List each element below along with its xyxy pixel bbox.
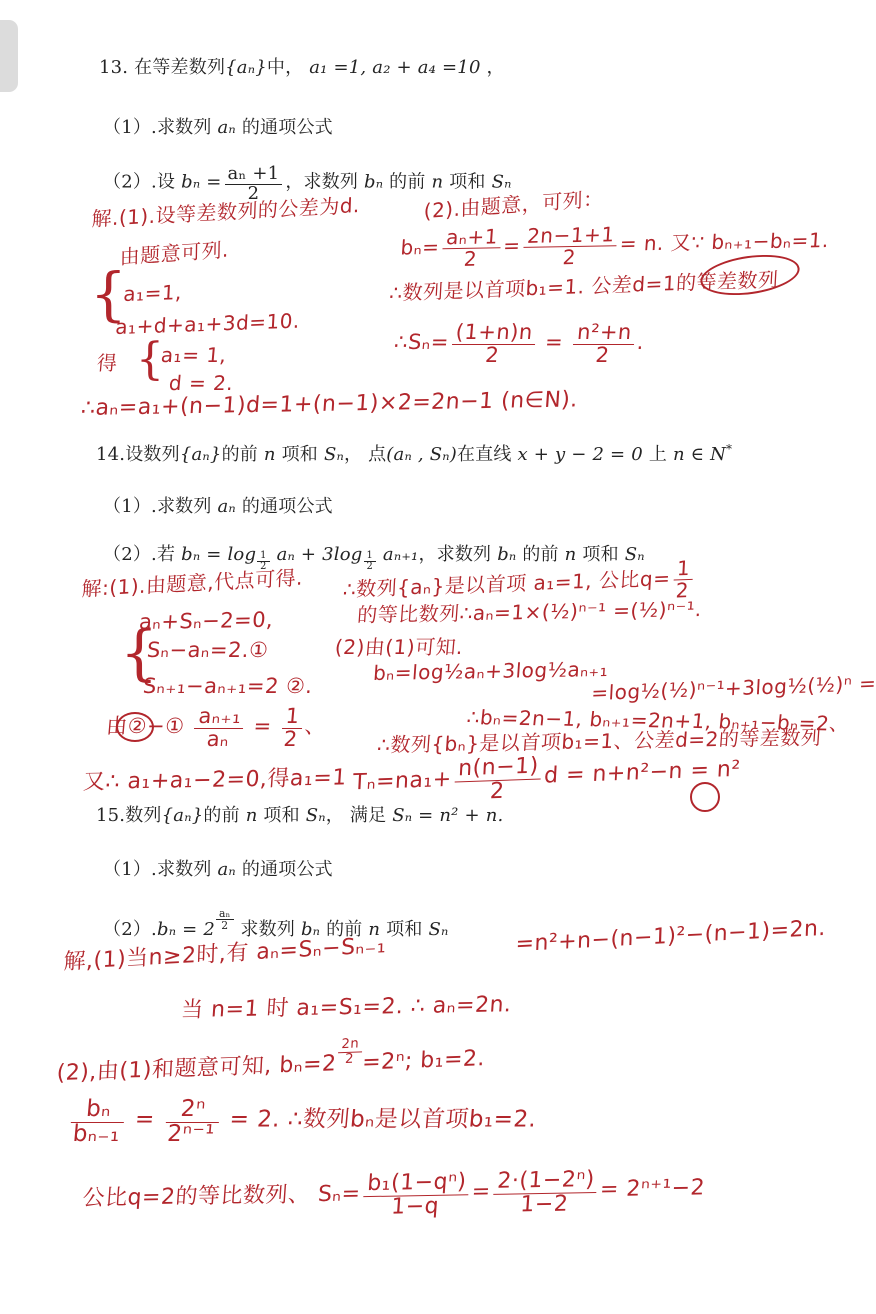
printed-text-line: 13. 在等差数列{aₙ}中， a₁ =1, a₂ + a₄ =10 ，: [99, 58, 505, 79]
numerator: 1: [673, 558, 693, 580]
denominator: 2ⁿ⁻¹: [163, 1122, 218, 1147]
text-run: （2）.若: [103, 544, 181, 565]
text-run: ， 点: [344, 444, 386, 465]
handwritten-annotation: a₁=1,: [123, 281, 183, 306]
fraction: aₙ2: [216, 908, 234, 931]
math-text: bₙ: [497, 544, 516, 565]
handwritten-annotation: =n²+n−(n−1)²−(n−1)=2n.: [515, 916, 826, 958]
denominator: 2: [441, 247, 500, 270]
fraction: n(n−1)2: [453, 755, 542, 805]
text-run: aₙ+Sₙ−2=0,: [138, 608, 274, 634]
text-run: ∴aₙ=a₁+(n−1)d=1+(n−1)×2=2n−1 (n∈N).: [80, 387, 578, 421]
text-run: 公比q=2的等比数列、 Sₙ=: [82, 1181, 362, 1211]
handwritten-annotation: (2),由(1)和题意可知, bₙ=22n2=2ⁿ; b₁=2.: [56, 1033, 486, 1086]
text-run: Sₙ−aₙ=2.①: [146, 638, 270, 662]
handwritten-annotation: Tₙ=na₁+n(n−1)2d = n+n²−n = n²: [352, 748, 742, 808]
math-text: n: [246, 805, 258, 826]
text-run: =: [471, 1179, 492, 1204]
handwritten-annotation: a₁= 1,: [160, 344, 227, 367]
math-text: {aₙ}: [225, 57, 267, 78]
math-text: aₙ₊₁: [377, 544, 418, 565]
text-run: 13. 在等差数列: [99, 57, 225, 78]
denominator: 2: [453, 778, 541, 805]
fraction: aₙ+12: [441, 226, 502, 270]
math-text: {aₙ}: [162, 805, 204, 826]
denominator: 2: [216, 919, 234, 931]
math-text: n ∈ N: [673, 444, 726, 465]
math-text: aₙ + 3log: [271, 544, 363, 565]
fraction: 2n−1+12: [522, 224, 618, 268]
math-text: Sₙ: [428, 919, 448, 940]
math-text: aₙ: [218, 117, 236, 138]
text-run: a₁=1,: [123, 280, 183, 306]
math-text: aₙ: [218, 496, 236, 517]
scan-corner-mark: [0, 20, 18, 92]
denominator: 2: [522, 245, 617, 268]
text-run: 的前: [222, 444, 264, 465]
text-run: =: [537, 330, 572, 354]
math-text: x + y − 2 = 0: [518, 444, 643, 465]
handwritten-annotation: aₙ+Sₙ−2=0,: [138, 608, 274, 635]
fraction: aₙ₊₁aₙ: [193, 706, 246, 751]
text-run: 项和: [276, 444, 324, 465]
handwritten-annotation: bₙ=log½aₙ+3log½aₙ₊₁: [372, 658, 609, 685]
text-run: a₁= 1,: [160, 343, 228, 367]
handwritten-annotation: ∴Sₙ=(1+n)n2 = n²+n2.: [392, 322, 646, 367]
scanned-worksheet: 13. 在等差数列{aₙ}中， a₁ =1, a₂ + a₄ =10 ，（1）.…: [0, 0, 876, 1314]
printed-text-line: （2）.bₙ = 2aₙ2 求数列 bₙ 的前 n 项和 Sₙ: [103, 908, 449, 941]
text-run: = 2. ∴数列bₙ是以首项b₁=2.: [221, 1107, 538, 1133]
text-run: 项和: [258, 805, 306, 826]
text-run: （1）.求数列: [103, 117, 218, 138]
denominator: bₙ₋₁: [69, 1122, 124, 1147]
math-text: bₙ = log: [181, 544, 256, 565]
handwritten-annotation: (2)由(1)可知.: [334, 636, 464, 659]
handwritten-annotation: d = 2.: [168, 372, 234, 395]
numerator: b₁(1−qⁿ): [363, 1171, 470, 1196]
text-run: d = 2.: [168, 371, 234, 395]
math-text: bₙ =: [181, 172, 221, 193]
printed-text-line: （1）.求数列 aₙ 的通项公式: [103, 118, 333, 139]
text-run: 的通项公式: [236, 859, 333, 880]
text-run: ∴Sₙ=: [393, 330, 450, 354]
numerator: aₙ +1: [225, 165, 283, 184]
printed-text-line: （1）.求数列 aₙ 的通项公式: [103, 860, 333, 881]
text-run: =: [245, 714, 280, 738]
denominator: 2: [280, 728, 302, 751]
numerator: n²+n: [573, 322, 636, 344]
text-run: （2）.: [103, 919, 157, 940]
numerator: 1: [364, 551, 376, 561]
fraction: 12: [280, 706, 304, 751]
text-run: 中，: [267, 57, 309, 78]
text-run: .: [636, 330, 645, 354]
text-run: 当 n=1 时 a₁=S₁=2. ∴ aₙ=2n.: [180, 992, 512, 1023]
numerator: 1: [282, 706, 304, 728]
handwritten-brace: {: [90, 268, 127, 320]
handwritten-annotation: 由题意可列.: [120, 238, 229, 269]
text-run: 、: [304, 714, 328, 738]
denominator: aₙ: [193, 728, 244, 751]
text-run: 上: [643, 444, 673, 465]
math-text: aₙ: [218, 859, 236, 880]
text-run: 的等比数列∴aₙ=1×(½)ⁿ⁻¹ =(½)ⁿ⁻¹.: [356, 597, 702, 627]
fraction: 2ⁿ2ⁿ⁻¹: [163, 1098, 220, 1147]
math-text: a₁ =1, a₂ + a₄ =10: [309, 57, 480, 78]
handwritten-annotation: ∴aₙ=a₁+(n−1)d=1+(n−1)×2=2n−1 (n∈N).: [80, 387, 578, 421]
denominator: 2: [571, 344, 634, 367]
text-run: ，求数列: [285, 172, 364, 193]
text-run: Tₙ=na₁+: [352, 767, 452, 796]
denominator: 1−q: [362, 1194, 469, 1220]
text-run: bₙ=log½aₙ+3log½aₙ₊₁: [372, 657, 609, 685]
text-run: 的前: [383, 172, 431, 193]
text-run: (2)由(1)可知.: [334, 635, 464, 659]
text-run: 又∴ a₁+a₁−2=0,得a₁=1: [82, 765, 347, 795]
text-run: 项和: [443, 172, 491, 193]
printed-text-line: 14.设数列{aₙ}的前 n 项和 Sₙ， 点(aₙ , Sₙ)在直线 x + …: [96, 443, 732, 466]
text-run: Sₙ₊₁−aₙ₊₁=2 ②.: [142, 674, 314, 698]
math-text: n: [432, 172, 444, 193]
math-text: Sₙ: [324, 444, 344, 465]
numerator: 1: [257, 551, 269, 561]
text-run: ∴数列{aₙ}是以首项 a₁=1, 公比q=: [342, 566, 671, 601]
handwritten-annotation: 的等比数列∴aₙ=1×(½)ⁿ⁻¹ =(½)ⁿ⁻¹.: [356, 598, 702, 627]
text-run: = n. 又∵ bₙ₊₁−bₙ=1.: [619, 228, 830, 256]
text-run: ∴数列{bₙ}是以首项b₁=1、公差d=2的等差数列: [376, 725, 822, 757]
numerator: n(n−1): [455, 755, 543, 781]
math-text: n: [264, 444, 276, 465]
fraction: bₙbₙ₋₁: [69, 1098, 126, 1147]
numerator: aₙ: [216, 908, 234, 919]
scribble-ellipse: [116, 712, 154, 742]
handwritten-annotation: bₙbₙ₋₁ = 2ⁿ2ⁿ⁻¹ = 2. ∴数列bₙ是以首项b₁=2.: [66, 1098, 539, 1147]
numerator: aₙ₊₁: [195, 706, 246, 728]
fraction: b₁(1−qⁿ)1−q: [362, 1171, 470, 1220]
numerator: 2n−1+1: [523, 224, 618, 246]
denominator: 2: [337, 1051, 362, 1067]
math-text: (aₙ , Sₙ): [386, 444, 457, 465]
text-run: （2）.设: [103, 172, 181, 193]
scribble-ellipse: [690, 782, 720, 812]
text-run: 的通项公式: [236, 117, 333, 138]
text-run: (2),由(1)和题意可知, bₙ=2: [56, 1051, 337, 1086]
handwritten-annotation: =log½(½)ⁿ⁻¹+3log½(½)ⁿ =2n−1.: [591, 670, 876, 705]
denominator: 2: [450, 344, 535, 367]
math-text: Sₙ: [306, 805, 326, 826]
text-run: 的通项公式: [236, 496, 333, 517]
denominator: 1−2: [492, 1192, 597, 1218]
handwritten-annotation: Sₙ−aₙ=2.①: [146, 638, 270, 662]
text-run: 14.设数列: [96, 444, 180, 465]
math-text: bₙ = 2: [157, 919, 215, 940]
text-run: 得: [96, 351, 119, 375]
text-run: 15.数列: [96, 805, 162, 826]
text-run: 由题意可列.: [120, 237, 230, 269]
text-run: 在直线: [457, 444, 518, 465]
text-run: =: [502, 233, 521, 257]
math-text: Sₙ: [492, 172, 512, 193]
printed-text-line: （1）.求数列 aₙ 的通项公式: [103, 497, 333, 518]
text-run: =: [126, 1107, 164, 1133]
numerator: 2n: [338, 1037, 362, 1052]
handwritten-annotation: 又∴ a₁+a₁−2=0,得a₁=1: [82, 765, 347, 795]
text-run: （1）.求数列: [103, 496, 218, 517]
math-text: bₙ: [364, 172, 383, 193]
fraction: 2·(1−2ⁿ)1−2: [492, 1169, 599, 1218]
numerator: 2ⁿ: [165, 1098, 220, 1122]
text-run: bₙ=: [400, 235, 441, 260]
text-run: =n²+n−(n−1)²−(n−1)=2n.: [515, 916, 826, 957]
handwritten-annotation: 公比q=2的等比数列、 Sₙ=b₁(1−qⁿ)1−q=2·(1−2ⁿ)1−2= …: [81, 1167, 707, 1225]
handwritten-annotation: Sₙ₊₁−aₙ₊₁=2 ②.: [142, 674, 314, 698]
text-run: 的前: [203, 805, 245, 826]
numerator: bₙ: [71, 1098, 126, 1122]
text-run: 求数列: [235, 919, 301, 940]
fraction: n²+n2: [571, 322, 636, 367]
handwritten-annotation: 当 n=1 时 a₁=S₁=2. ∴ aₙ=2n.: [180, 992, 512, 1023]
math-text: Sₙ = n² + n.: [392, 805, 503, 826]
numerator: (1+n)n: [452, 322, 537, 344]
text-run: ，求数列: [418, 544, 497, 565]
superscript: *: [726, 442, 732, 456]
fraction: (1+n)n2: [450, 322, 537, 367]
text-run: =2ⁿ; b₁=2.: [362, 1046, 486, 1075]
text-run: =log½(½)ⁿ⁻¹+3log½(½)ⁿ =2n−1.: [591, 669, 876, 705]
fraction: 12: [672, 558, 693, 601]
math-text: {aₙ}: [180, 444, 222, 465]
numerator: 2·(1−2ⁿ): [493, 1169, 598, 1194]
text-run: ，: [481, 57, 505, 78]
text-run: 项和: [380, 919, 428, 940]
printed-text-line: 15.数列{aₙ}的前 n 项和 Sₙ， 满足 Sₙ = n² + n.: [96, 806, 503, 827]
text-run: = 2ⁿ⁺¹−2: [599, 1175, 706, 1202]
fraction: 2n2: [337, 1037, 362, 1066]
text-run: （1）.求数列: [103, 859, 218, 880]
handwritten-annotation: 得: [96, 352, 119, 375]
numerator: aₙ+1: [442, 226, 501, 248]
handwritten-annotation: ∴数列{bₙ}是以首项b₁=1、公差d=2的等差数列: [376, 726, 822, 757]
